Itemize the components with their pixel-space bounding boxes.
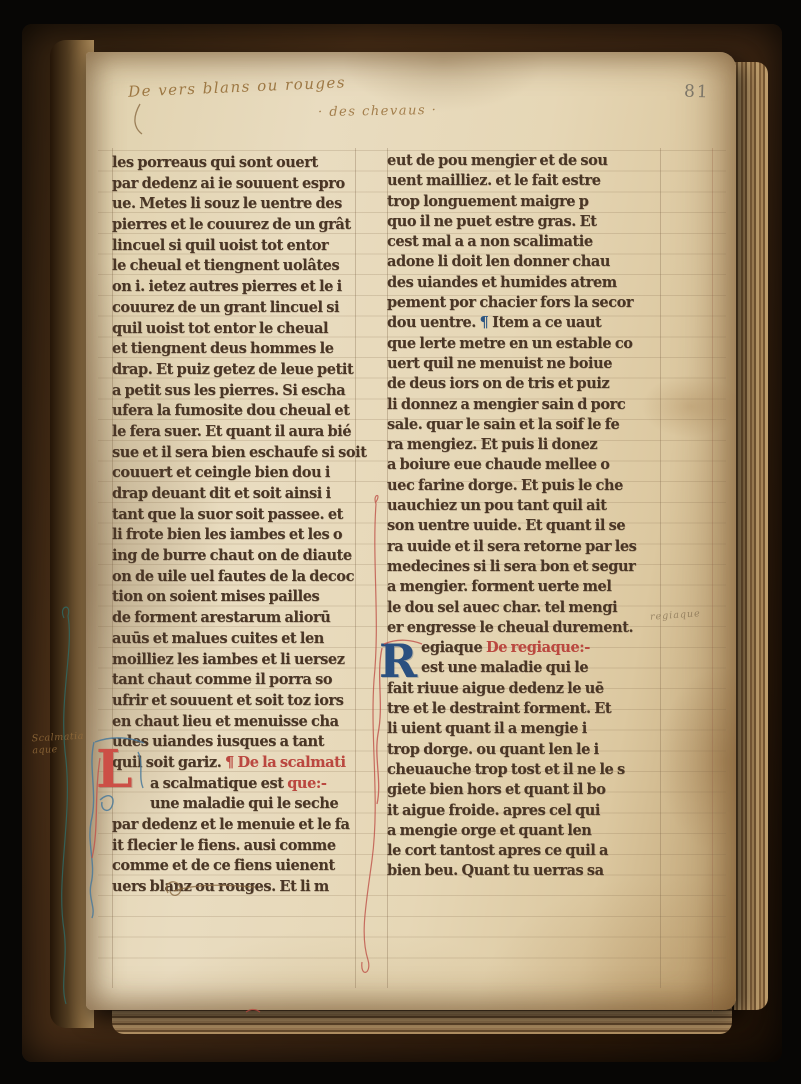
text-line: a petit sus les pierres. Si escha xyxy=(112,381,364,402)
text-line: en chaut lieu et menuisse cha xyxy=(112,712,364,733)
text-line: ing de burre chaut on de diaute xyxy=(112,546,364,567)
page-edges-bottom xyxy=(112,1007,732,1034)
text-line: quil uoist tot entor le cheual xyxy=(112,319,364,340)
text-line: cest mal a a non scalimatie xyxy=(387,232,667,252)
text-line: pement por chacier fors la secor xyxy=(387,293,667,313)
text-line: uers blanz ou rouges. Et li m xyxy=(112,877,364,898)
text-line: de forment arestarum aliorū xyxy=(112,608,364,629)
text-line: lincuel si quil uoist tot entor xyxy=(112,236,364,257)
text-line: comme et de ce fiens uienent xyxy=(112,856,364,877)
text-line: giete bien hors et quant il bo xyxy=(387,780,667,800)
text-line: a mengie orge et quant len xyxy=(387,821,667,841)
text-line: uec farine dorge. Et puis le che xyxy=(387,476,667,496)
text-line: cheuauche trop tost et il ne le s xyxy=(387,760,667,780)
text-line: fait riuue aigue dedenz le uē xyxy=(387,679,667,699)
text-line: et tiengnent deus hommes le xyxy=(112,339,364,360)
text-column-right: eut de pou mengier et de souuent maillie… xyxy=(387,151,667,882)
text-line: ufrir et souuent et soit toz iors xyxy=(112,691,364,712)
text-line: le fera suer. Et quant il aura bié xyxy=(112,422,364,443)
text-line: est une maladie qui le xyxy=(387,658,667,678)
drop-cap-initial-l: L xyxy=(96,744,133,796)
text-line: dou uentre. ¶ Item a ce uaut xyxy=(387,313,667,333)
text-line: medecines si li sera bon et segur xyxy=(387,557,667,577)
text-line: it flecier le fiens. ausi comme xyxy=(112,836,364,857)
text-line: le dou sel auec char. tel mengi xyxy=(387,598,667,618)
text-line: tre et le destraint forment. Et xyxy=(387,699,667,719)
text-line: sue et il sera bien eschaufe si soit xyxy=(112,443,364,464)
text-line: drap deuant dit et soit ainsi i xyxy=(112,484,364,505)
text-line: ue. Metes li souz le uentre des xyxy=(112,194,364,215)
text-line: couuert et ceingle bien dou i xyxy=(112,463,364,484)
text-line: le cort tantost apres ce quil a xyxy=(387,841,667,861)
text-line: par dedenz ai ie souuent espro xyxy=(112,174,364,195)
text-line: it aigue froide. apres cel qui xyxy=(387,801,667,821)
text-line: le cheual et tiengnent uolâtes xyxy=(112,256,364,277)
text-line: quil soit gariz. ¶ De la scalmati xyxy=(112,753,364,774)
text-line: drap. Et puiz getez de leue petit xyxy=(112,360,364,381)
text-line: li donnez a mengier sain d porc xyxy=(387,395,667,415)
text-line: sale. quar le sain et la soif le fe xyxy=(387,415,667,435)
text-line: adone li doit len donner chau xyxy=(387,252,667,272)
text-line: des uiandes et humides atrem xyxy=(387,273,667,293)
page-edges-right xyxy=(734,62,768,1010)
text-line: tion on soient mises pailles xyxy=(112,587,364,608)
text-line: li uient quant il a mengie i xyxy=(387,719,667,739)
text-line: uauchiez un pou tant quil ait xyxy=(387,496,667,516)
drop-cap-initial-r: R xyxy=(379,638,417,684)
text-line: uert quil ne menuist ne boiue xyxy=(387,354,667,374)
text-line: les porreaus qui sont ouert xyxy=(112,153,364,174)
text-line: trop dorge. ou quant len le i xyxy=(387,740,667,760)
text-line: par dedenz et le menuie et le fa xyxy=(112,815,364,836)
text-line: a mengier. forment uerte mel xyxy=(387,577,667,597)
text-line: a boiure eue chaude mellee o xyxy=(387,455,667,475)
text-line: tant que la suor soit passee. et xyxy=(112,505,364,526)
text-line: egiaque De regiaque:- xyxy=(387,638,667,658)
text-line: a scalmatique est que:- xyxy=(112,774,364,795)
text-line: son uentre uuide. Et quant il se xyxy=(387,516,667,536)
margin-note-left: Scalmatia aque xyxy=(31,731,84,758)
text-line: auūs et malues cuites et len xyxy=(112,629,364,650)
text-line: li frote bien les iambes et les o xyxy=(112,525,364,546)
text-line: de deus iors on de tris et puiz xyxy=(387,374,667,394)
text-line: uent mailliez. et le fait estre xyxy=(387,171,667,191)
text-line: moilliez les iambes et li uersez xyxy=(112,650,364,671)
text-line: quo il ne puet estre gras. Et xyxy=(387,212,667,232)
text-line: eut de pou mengier et de sou xyxy=(387,151,667,171)
text-line: trop longuement maigre p xyxy=(387,192,667,212)
header-inscription-left: De vers blans ou rouges xyxy=(128,73,347,100)
text-line: une maladie qui le seche xyxy=(112,794,364,815)
text-line: ra mengiez. Et puis li donez xyxy=(387,435,667,455)
text-line: couurez de un grant lincuel si xyxy=(112,298,364,319)
text-line: tant chaut comme il porra so xyxy=(112,670,364,691)
text-line: on de uile uel fautes de la decoc xyxy=(112,567,364,588)
manuscript-page: De vers blans ou rouges · des chevaus · … xyxy=(86,52,736,1010)
text-line: ufera la fumosite dou cheual et xyxy=(112,401,364,422)
header-inscription-right: · des chevaus · xyxy=(318,103,438,120)
text-line: bien beu. Quant tu uerras sa xyxy=(387,861,667,881)
text-line: on i. ietez autres pierres et le i xyxy=(112,277,364,298)
manuscript-photo: { "page": { "folio_number": "81" }, "hea… xyxy=(0,0,801,1084)
folio-number: 81 xyxy=(684,82,710,103)
ruling-vertical xyxy=(712,148,713,1012)
text-column-left: les porreaus qui sont ouertpar dedenz ai… xyxy=(112,153,364,898)
text-line: que lerte metre en un estable co xyxy=(387,334,667,354)
text-line: udes uiandes iusques a tant xyxy=(112,732,364,753)
text-line: ra uuide et il sera retorne par les xyxy=(387,537,667,557)
text-line: pierres et le couurez de un grât xyxy=(112,215,364,236)
text-line: er engresse le cheual durement. xyxy=(387,618,667,638)
